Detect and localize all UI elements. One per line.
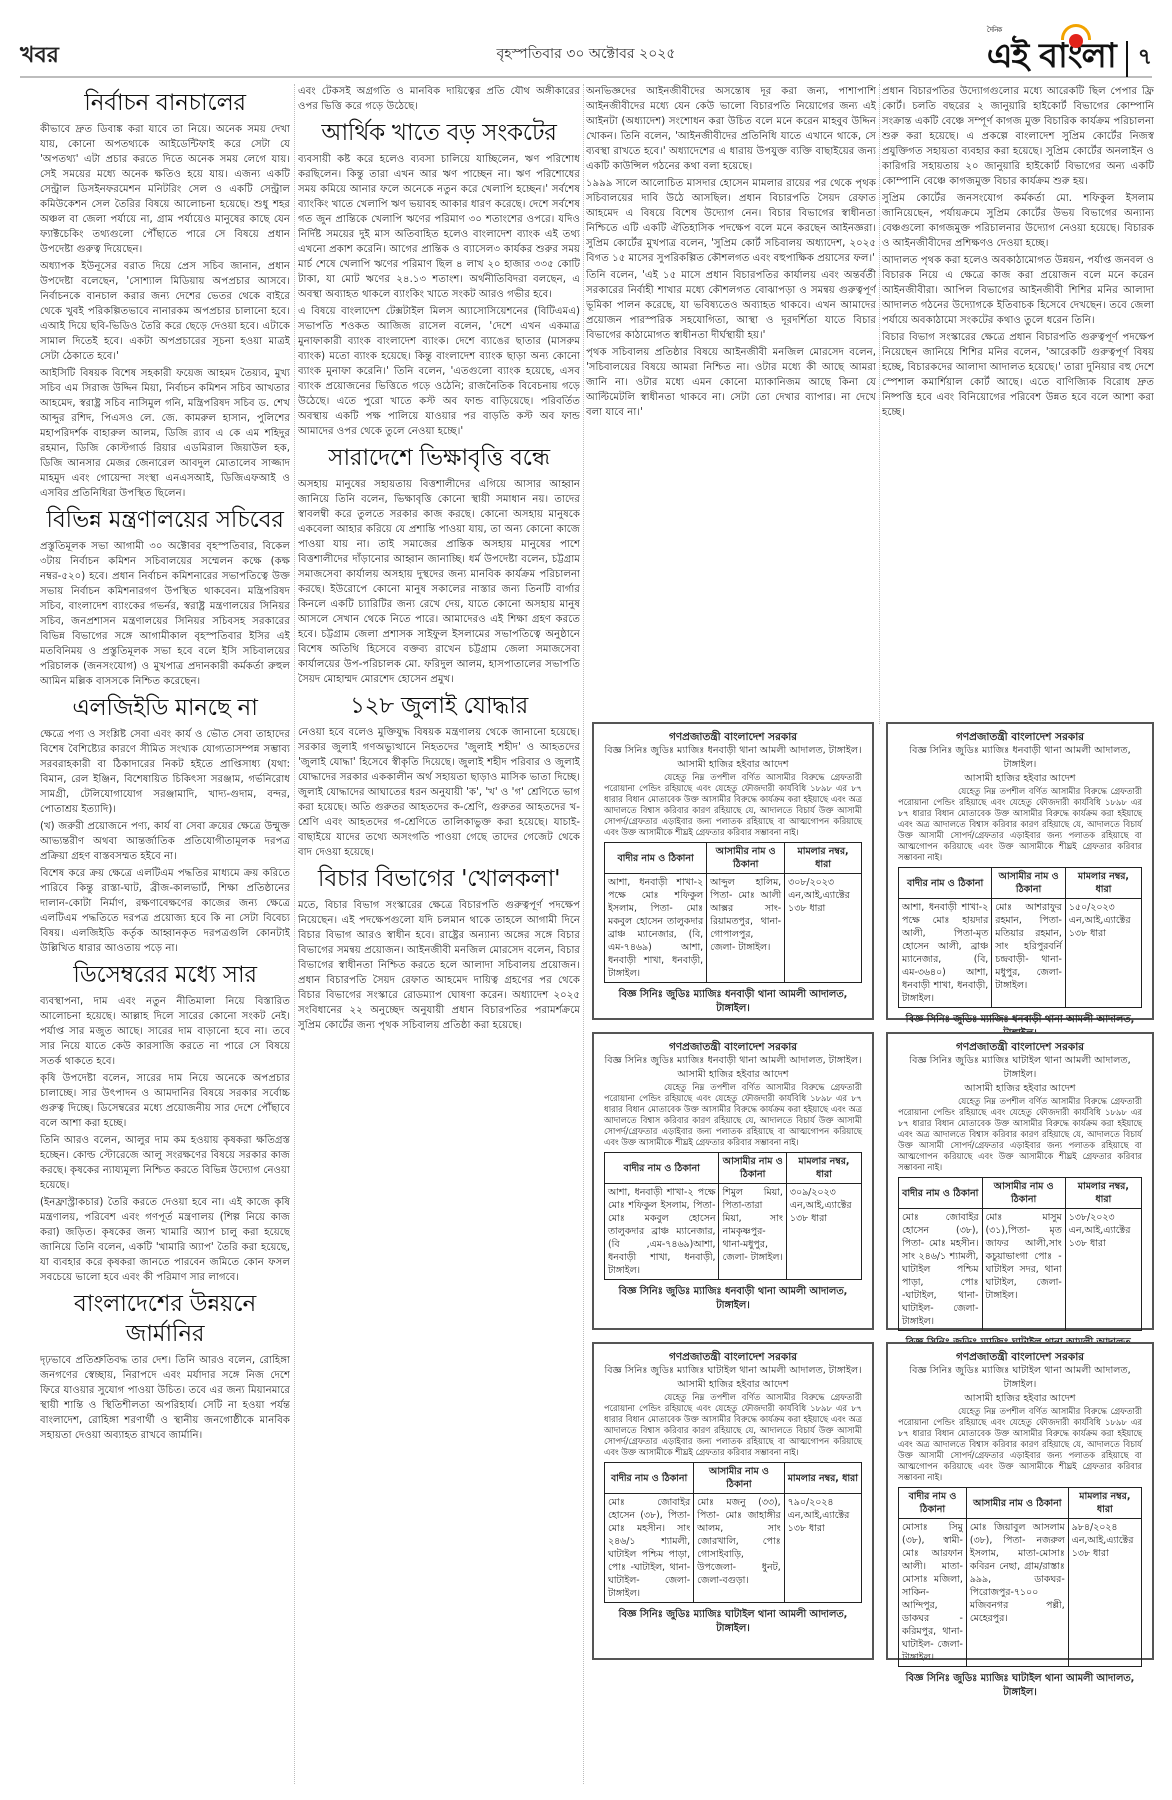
column-4: প্রধান বিচারপতির উদ্যোগগুলোর মধ্যে আরেকট… — [882, 84, 1154, 724]
divider — [1126, 41, 1128, 77]
notice-court: বিজ্ঞ সিনিঃ জুডিঃ ম্যাজিঃ ঘাটাইল থানা আম… — [604, 1364, 862, 1378]
column-header: মামলার নম্বর, ধারা — [1065, 868, 1141, 899]
plaintiff-cell: আশা, ধনবাড়ী শাখা-২ পক্ষে মোঃ শফিকুল ইসল… — [605, 874, 707, 983]
notice-title: গণপ্রজাতন্ত্রী বাংলাদেশ সরকার — [898, 1350, 1142, 1364]
article-election: নির্বাচন বানচালের কীভাবে দ্রুত ডিবাঙ্ক ক… — [40, 88, 290, 501]
notice-body: যেহেতু নিম্ন তপশীল বর্ণিত আসামীর বিরুদ্ধ… — [604, 1082, 862, 1148]
column-header: বাদীর নাম ও ঠিকানা — [605, 1153, 719, 1184]
column-divider — [879, 84, 880, 724]
notice-table: বাদীর নাম ও ঠিকানাআসামীর নাম ও ঠিকানামাম… — [898, 1177, 1142, 1331]
paragraph: প্রস্তুতিমূলক সভা আগামী ৩০ অক্টোবর বৃহস্… — [40, 539, 290, 689]
table-row: আশা, ধনবাড়ী শাখা-২ পক্ষে মোঃ হায়দার আল… — [899, 899, 1142, 1008]
paragraph: পৃথক সচিবালয় প্রতিষ্ঠার বিষয়ে আইনজীবী … — [586, 345, 876, 420]
paragraph: তিনি আরও বলেন, আলুর দাম কম হওয়ায় কৃষকর… — [40, 1133, 290, 1193]
notice-court: বিজ্ঞ সিনিঃ জুডিঃ ম্যাজিঃ ধনবাড়ী থানা আ… — [604, 744, 862, 758]
column-header: মামলার নম্বর, ধারা — [785, 843, 862, 874]
accused-cell: মোঃ মজনু (৩৩), পিতা- মোঃ জাহাঙ্গীর আলম, … — [694, 1494, 785, 1603]
headline: ১২৮ জুলাই যোদ্ধার — [298, 691, 580, 721]
legal-notice: গণপ্রজাতন্ত্রী বাংলাদেশ সরকার বিজ্ঞ সিনি… — [592, 1032, 874, 1330]
article-fertilizer: ডিসেম্বরের মধ্যে সার ব্যবস্থাপনা, দাম এব… — [40, 960, 290, 1285]
legal-notice: গণপ্রজাতন্ত্রী বাংলাদেশ সরকার বিজ্ঞ সিনি… — [886, 1032, 1154, 1330]
page-header: খবর বৃহস্পতিবার ৩০ অক্টোবর ২০২৫ দৈনিক এই… — [20, 28, 1152, 78]
column-header: বাদীর নাম ও ঠিকানা — [899, 868, 992, 899]
case-cell: ১৩৮/২০২৩ এন,আই,এ্যাক্টের ১৩৮ ধারা — [1065, 1209, 1141, 1331]
paragraph: কৃষি উপদেষ্টা বলেন, সারের দাম নিয়ে অনেক… — [40, 1071, 290, 1131]
headline: আর্থিক খাতে বড় সংকটের — [298, 118, 580, 148]
accused-cell: মোঃ আশরাফুর রহমান, পিতা- মতিয়ার রহমান, … — [992, 899, 1066, 1008]
accused-cell: শিমুল মিয়া, পিতা-তারা মিয়া, সাং নামকৃষ… — [719, 1184, 786, 1280]
accused-cell: মোঃ জিয়াবুল আসলাম (৩৮), পিতা- নজরুল ইসল… — [966, 1519, 1068, 1667]
notice-footer: বিজ্ঞ সিনিঃ জুডিঃ ম্যাজিঃ ধনবাড়ী থানা আ… — [604, 1285, 862, 1313]
notice-table: বাদীর নাম ও ঠিকানাআসামীর নাম ও ঠিকানামাম… — [898, 1487, 1142, 1667]
case-cell: ১৫০/২০২৩ এন,আই,এ্যাক্টের ১৩৮ ধারা — [1065, 899, 1141, 1008]
plaintiff-cell: মোঃ জোবাইর হোসেন (৩৮), পিতা- মোঃ মহসীন। … — [605, 1494, 694, 1603]
legal-notice: গণপ্রজাতন্ত্রী বাংলাদেশ সরকার বিজ্ঞ সিনি… — [592, 1342, 874, 1660]
headline: বিচার বিভাগের 'খোলকলা' — [298, 864, 580, 894]
paragraph: মতে, বিচার বিভাগ সংস্কারের ক্ষেত্রে বিচা… — [298, 898, 580, 1033]
notice-title: গণপ্রজাতন্ত্রী বাংলাদেশ সরকার — [898, 730, 1142, 744]
column-2: এবং টেকসই অগ্রগতি ও মানবিক দায়িত্বের প্… — [298, 84, 580, 1794]
article-secretaries: বিভিন্ন মন্ত্রণালয়ের সচিবের প্রস্তুতিমূ… — [40, 505, 290, 689]
paragraph: নেওয়া হবে বলেও মুক্তিযুদ্ধ বিষয়ক মন্ত্… — [298, 725, 580, 860]
table-row: মোসাঃ সিমু (৩৮), স্বামী- মোঃ আরফান আলী। … — [899, 1519, 1142, 1667]
column-header: মামলার নম্বর, ধারা — [1065, 1178, 1141, 1209]
paragraph: সুপ্রিম কোর্টের জনসংযোগ কর্মকর্তা মো. শফ… — [882, 191, 1154, 251]
plaintiff-cell: আশা, ধনবাড়ী শাখা-২ পক্ষে মোঃ শফিকুল ইসল… — [605, 1184, 719, 1280]
publication-date: বৃহস্পতিবার ৩০ অক্টোবর ২০২৫ — [20, 42, 1152, 66]
column-header: আসামীর নাম ও ঠিকানা — [966, 1488, 1068, 1519]
table-row: আশা, ধনবাড়ী শাখা-২ পক্ষে মোঃ শফিকুল ইসল… — [605, 1184, 862, 1280]
notice-body: যেহেতু নিম্ন তপশীল বর্ণিত আসামীর বিরুদ্ধ… — [898, 786, 1142, 863]
column-header: আসামীর নাম ও ঠিকানা — [992, 868, 1066, 899]
column-1: নির্বাচন বানচালের কীভাবে দ্রুত ডিবাঙ্ক ক… — [40, 84, 290, 1794]
paragraph: আদালত পৃথক করা হলেও অবকাঠামোগত উন্নয়ন, … — [882, 253, 1154, 328]
headline: বাংলাদেশের উন্নয়নে জার্মানির — [40, 1289, 290, 1349]
paragraph: ব্যবসায়ী কষ্ট করে হলেও ব্যবসা চালিয়ে য… — [298, 152, 580, 302]
notice-order: আসামী হাজির হইবার আদেশ — [898, 1392, 1142, 1406]
notice-title: গণপ্রজাতন্ত্রী বাংলাদেশ সরকার — [604, 1350, 862, 1364]
column-divider — [583, 84, 584, 1784]
article-lged: এলজিইডি মানছে না ক্ষেত্রে পণ্য ও সংশ্লিষ… — [40, 693, 290, 956]
headline: ডিসেম্বরের মধ্যে সার — [40, 960, 290, 990]
table-row: আশা, ধনবাড়ী শাখা-২ পক্ষে মোঃ শফিকুল ইসল… — [605, 874, 862, 983]
accused-cell: মোঃ মাসুম (৩১),পিতা- মৃত জাফর আলী,সাং কচ… — [982, 1209, 1065, 1331]
case-cell: ৭৯০/২০২৪ এন,আই,এ্যাক্টের ১৩৮ ধারা — [784, 1494, 861, 1603]
accused-cell: আব্দুল হালিম, পিতা- মোঃ আলী আক্সর সাং- র… — [707, 874, 785, 983]
notice-order: আসামী হাজির হইবার আদেশ — [604, 1378, 862, 1392]
article-judiciary: বিচার বিভাগের 'খোলকলা' মতে, বিচার বিভাগ … — [298, 864, 580, 1033]
case-cell: ৩০৮/২০২৩ এন,আই,এ্যাক্টের ১৩৮ ধারা — [785, 874, 862, 983]
paragraph: (খ) জরুরী প্রয়োজনে পণ্য, কার্য বা সেবা … — [40, 819, 290, 864]
column-header: মামলার নম্বর, ধারা — [1068, 1488, 1141, 1519]
paragraph: কীভাবে দ্রুত ডিবাঙ্ক করা যাবে তা নিয়ে। … — [40, 122, 290, 257]
article-begging: সারাদেশে ভিক্ষাবৃত্তি বন্ধে অসহায় মানুষ… — [298, 443, 580, 687]
notice-table: বাদীর নাম ও ঠিকানাআসামীর নাম ও ঠিকানামাম… — [604, 1462, 862, 1603]
brand-tagline: দৈনিক — [987, 24, 1002, 36]
notice-court: বিজ্ঞ সিনিঃ জুডিঃ ম্যাজিঃ ধনবাড়ী থানা আ… — [604, 1054, 862, 1068]
headline: বিভিন্ন মন্ত্রণালয়ের সচিবের — [40, 505, 290, 535]
paragraph: (ইনফ্রাস্ট্রাকচার) তৈরি করতে দেওয়া হবে … — [40, 1195, 290, 1285]
brand: দৈনিক এই বাংলা ৭ — [987, 30, 1152, 87]
plaintiff-cell: মোসাঃ সিমু (৩৮), স্বামী- মোঃ আরফান আলী। … — [899, 1519, 967, 1667]
paragraph: ক্ষেত্রে পণ্য ও সংশ্লিষ্ট সেবা এবং কার্য… — [40, 727, 290, 817]
notice-order: আসামী হাজির হইবার আদেশ — [604, 758, 862, 772]
paragraph: বিচার বিভাগ সংস্কারের ক্ষেত্রে প্রধান বি… — [882, 330, 1154, 420]
table-row: মোঃ জোবাইর হোসেন (৩৮), পিতা- মোঃ মহসীন। … — [605, 1494, 862, 1603]
column-header: আসামীর নাম ও ঠিকানা — [719, 1153, 786, 1184]
plaintiff-cell: মোঃ জোবাইর হোসেন (৩৮), পিতা- মোঃ মহসীন। … — [899, 1209, 983, 1331]
column-header: বাদীর নাম ও ঠিকানা — [605, 1463, 694, 1494]
paragraph: বিশেষ করে ক্রয় ক্ষেত্রে এলটিএম পদ্ধতির … — [40, 866, 290, 956]
column-header: আসামীর নাম ও ঠিকানা — [982, 1178, 1065, 1209]
column-header: বাদীর নাম ও ঠিকানা — [899, 1488, 967, 1519]
notice-table: বাদীর নাম ও ঠিকানাআসামীর নাম ও ঠিকানামাম… — [898, 867, 1142, 1008]
legal-notice: গণপ্রজাতন্ত্রী বাংলাদেশ সরকার বিজ্ঞ সিনি… — [886, 722, 1154, 1020]
paragraph: এবং টেকসই অগ্রগতি ও মানবিক দায়িত্বের প্… — [298, 84, 580, 114]
notice-order: আসামী হাজির হইবার আদেশ — [898, 1082, 1142, 1096]
column-header: মামলার নম্বর, ধারা — [786, 1153, 861, 1184]
paragraph: ১৯৯৯ সালে আলোচিত মাসদার হোসেন মামলার রায… — [586, 176, 876, 266]
column-3: অনভিজ্ঞদের আইনজীবীদের অসন্তোষ দূর করা জন… — [586, 84, 876, 724]
column-header: আসামীর নাম ও ঠিকানা — [694, 1463, 785, 1494]
article-financial-crisis: আর্থিক খাতে বড় সংকটের ব্যবসায়ী কষ্ট কর… — [298, 118, 580, 439]
notice-footer: বিজ্ঞ সিনিঃ জুডিঃ ম্যাজিঃ ঘাটাইল থানা আম… — [604, 1608, 862, 1636]
notice-footer: বিজ্ঞ সিনিঃ জুডিঃ ম্যাজিঃ ধনবাড়ী থানা আ… — [604, 988, 862, 1016]
notice-table: বাদীর নাম ও ঠিকানাআসামীর নাম ও ঠিকানামাম… — [604, 842, 862, 983]
paragraph: তিনি বলেন, 'এই ১৫ মাসে প্রধান বিচারপতির … — [586, 268, 876, 343]
page-number: ৭ — [1138, 40, 1152, 77]
notice-order: আসামী হাজির হইবার আদেশ — [898, 772, 1142, 786]
column-header: বাদীর নাম ও ঠিকানা — [605, 843, 707, 874]
paragraph: অধ্যাপক ইউনূসের বরাত দিয়ে প্রেস সচিব জা… — [40, 259, 290, 364]
red-sun-icon — [1069, 34, 1083, 48]
column-header: মামলার নম্বর, ধারা — [784, 1463, 861, 1494]
paragraph: অনভিজ্ঞদের আইনজীবীদের অসন্তোষ দূর করা জন… — [586, 84, 876, 174]
notice-court: বিজ্ঞ সিনিঃ জুডিঃ ম্যাজিঃ ঘাটাইল থানা আম… — [898, 1054, 1142, 1082]
legal-notice: গণপ্রজাতন্ত্রী বাংলাদেশ সরকার বিজ্ঞ সিনি… — [886, 1342, 1154, 1660]
paragraph: দৃঢ়ভাবে প্রতিশ্রুতিবদ্ধ তার দেশ। তিনি আ… — [40, 1353, 290, 1443]
notice-title: গণপ্রজাতন্ত্রী বাংলাদেশ সরকার — [898, 1040, 1142, 1054]
column-header: আসামীর নাম ও ঠিকানা — [707, 843, 785, 874]
notice-order: আসামী হাজির হইবার আদেশ — [604, 1068, 862, 1082]
brand-logo: দৈনিক এই বাংলা — [987, 30, 1116, 87]
paragraph: ব্যবস্থাপনা, দাম এবং নতুন নীতিমালা নিয়ে… — [40, 994, 290, 1069]
notice-table: বাদীর নাম ও ঠিকানাআসামীর নাম ও ঠিকানামাম… — [604, 1152, 862, 1280]
plaintiff-cell: আশা, ধনবাড়ী শাখা-২ পক্ষে মোঃ হায়দার আল… — [899, 899, 992, 1008]
table-row: মোঃ জোবাইর হোসেন (৩৮), পিতা- মোঃ মহসীন। … — [899, 1209, 1142, 1331]
case-cell: ৯৮৪/২০২৪ এন,আই,এ্যাক্টের ১৩৮ ধারা — [1068, 1519, 1141, 1667]
notice-body: যেহেতু নিম্ন তপশীল বর্ণিত আসামীর বিরুদ্ধ… — [898, 1096, 1142, 1173]
notice-body: যেহেতু নিম্ন তপশীল বর্ণিত আসামীর বিরুদ্ধ… — [898, 1406, 1142, 1483]
article-july-fighters: ১২৮ জুলাই যোদ্ধার নেওয়া হবে বলেও মুক্তি… — [298, 691, 580, 860]
notice-court: বিজ্ঞ সিনিঃ জুডিঃ ম্যাজিঃ ধনবাড়ী থানা আ… — [898, 744, 1142, 772]
legal-notice: গণপ্রজাতন্ত্রী বাংলাদেশ সরকার বিজ্ঞ সিনি… — [592, 722, 874, 1020]
paragraph: প্রধান বিচারপতির উদ্যোগগুলোর মধ্যে আরেকট… — [882, 84, 1154, 189]
notice-court: বিজ্ঞ সিনিঃ জুডিঃ ম্যাজিঃ ঘাটাইল থানা আম… — [898, 1364, 1142, 1392]
headline: এলজিইডি মানছে না — [40, 693, 290, 723]
paragraph: এ বিষয়ে বাংলাদেশ টেক্সটাইল মিলস অ্যাসোস… — [298, 304, 580, 439]
headline: নির্বাচন বানচালের — [40, 88, 290, 118]
article-germany: বাংলাদেশের উন্নয়নে জার্মানির দৃঢ়ভাবে প… — [40, 1289, 290, 1443]
notice-title: গণপ্রজাতন্ত্রী বাংলাদেশ সরকার — [604, 730, 862, 744]
paragraph: অসহায় মানুষের সহায়তায় বিত্তশালীদের এগ… — [298, 477, 580, 687]
case-cell: ৩০৯/২০২৩ এন,আই,এ্যাক্টের ১৩৮ ধারা — [786, 1184, 861, 1280]
brand-name: এই বাংলা — [987, 36, 1116, 76]
paragraph: আইসিটি বিষয়ক বিশেষ সহকারী ফয়েজ আহমদ তৈ… — [40, 366, 290, 501]
notice-title: গণপ্রজাতন্ত্রী বাংলাদেশ সরকার — [604, 1040, 862, 1054]
headline: সারাদেশে ভিক্ষাবৃত্তি বন্ধে — [298, 443, 580, 473]
column-header: বাদীর নাম ও ঠিকানা — [899, 1178, 983, 1209]
column-divider — [294, 84, 295, 1784]
notice-body: যেহেতু নিম্ন তপশীল বর্ণিত আসামীর বিরুদ্ধ… — [604, 1392, 862, 1458]
notice-body: যেহেতু নিম্ন তপশীল বর্ণিত আসামীর বিরুদ্ধ… — [604, 772, 862, 838]
notice-footer: বিজ্ঞ সিনিঃ জুডিঃ ম্যাজিঃ ঘাটাইল থানা আম… — [898, 1672, 1142, 1700]
